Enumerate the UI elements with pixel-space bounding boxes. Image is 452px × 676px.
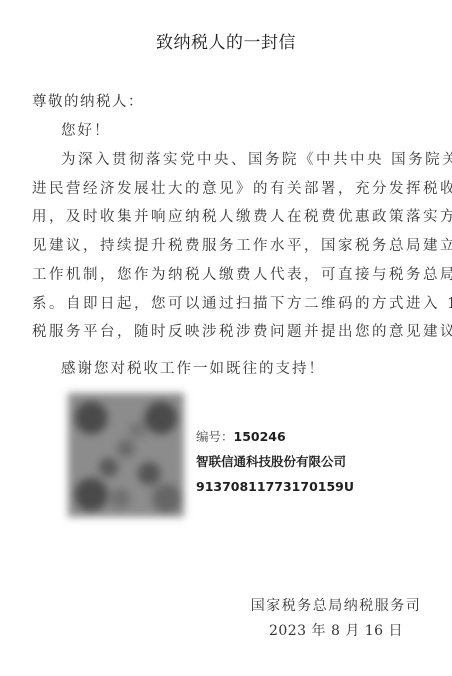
greeting: 您好！ bbox=[61, 119, 111, 140]
body-line: 工作机制，您作为纳税人缴费人代表，可直接与税务总局建立联 bbox=[32, 261, 416, 290]
number-row: 编号：150246 bbox=[196, 424, 354, 449]
body-paragraph: 为深入贯彻落实党中央、国务院《中共中央 国务院关于促 进民营经济发展壮大的意见》… bbox=[32, 146, 416, 347]
document-title: 致纳税人的一封信 bbox=[0, 28, 452, 53]
company-info: 编号：150246 智联信通科技股份有限公司 91370811773170159… bbox=[196, 424, 354, 499]
closing-line: 感谢您对税收工作一如既往的支持！ bbox=[61, 357, 325, 378]
number-value: 150246 bbox=[234, 429, 286, 444]
salutation: 尊敬的纳税人： bbox=[32, 90, 144, 111]
body-line: 用，及时收集并响应纳税人缴费人在税费优惠政策落实方面的意 bbox=[32, 203, 416, 232]
qr-code-image[interactable] bbox=[68, 393, 184, 517]
signature-date: 2023 年 8 月 16 日 bbox=[246, 619, 426, 644]
signature-organization: 国家税务总局纳税服务司 bbox=[246, 594, 426, 619]
body-line: 见建议，持续提升税费服务工作水平，国家税务总局建立了直联 bbox=[32, 232, 416, 261]
signature-block: 国家税务总局纳税服务司 2023 年 8 月 16 日 bbox=[246, 594, 426, 644]
credit-code: 91370811773170159U bbox=[196, 474, 354, 499]
body-line: 为深入贯彻落实党中央、国务院《中共中央 国务院关于促 bbox=[32, 146, 416, 175]
number-label: 编号： bbox=[196, 429, 234, 444]
company-name: 智联信通科技股份有限公司 bbox=[196, 449, 354, 474]
body-line: 进民营经济发展壮大的意见》的有关部署，充分发挥税收职能作 bbox=[32, 175, 416, 204]
body-line: 系。自即日起，您可以通过扫描下方二维码的方式进入 12366 纳 bbox=[32, 290, 416, 319]
body-line: 税服务平台，随时反映涉税涉费问题并提出您的意见建议。 bbox=[32, 318, 416, 347]
